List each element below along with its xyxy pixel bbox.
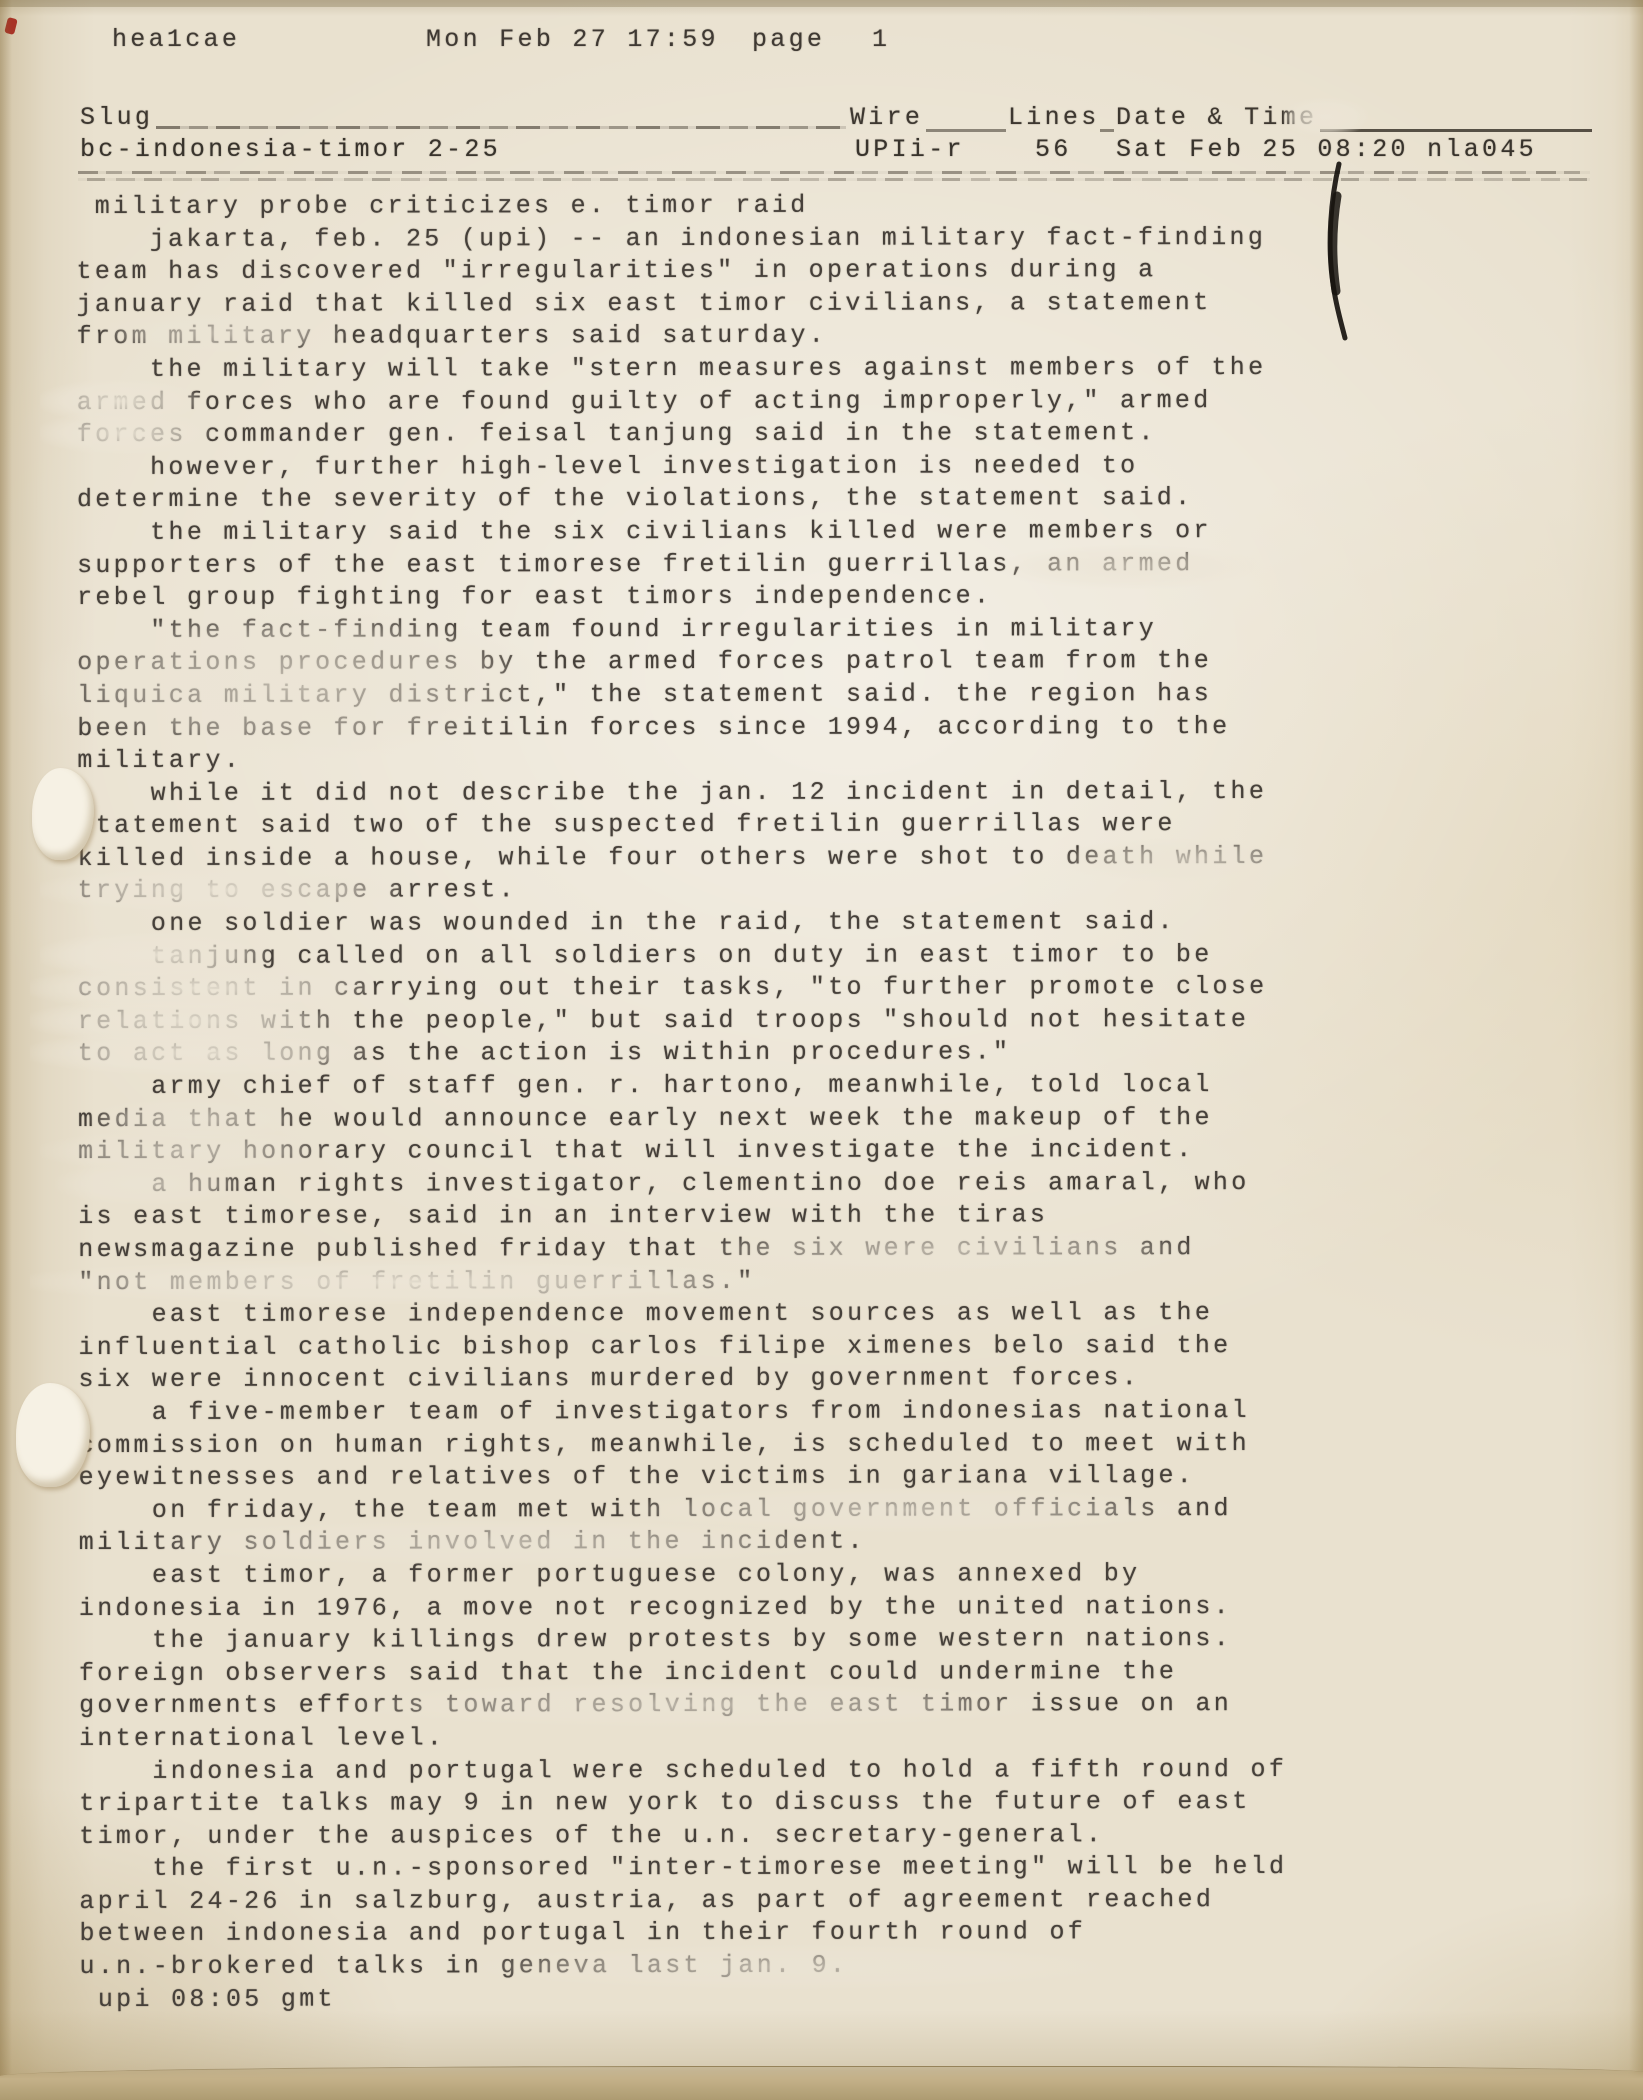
article-body: military probe criticizes e. timor raid … — [76, 189, 1287, 2016]
datetime-label: Date & Time — [1116, 102, 1317, 135]
printout-id: hea1cae — [112, 24, 240, 57]
lines-value: 56 — [1035, 134, 1072, 167]
print-datetime: Mon Feb 27 17:59 — [426, 24, 719, 57]
handwritten-ink-mark — [1303, 156, 1375, 346]
scan-edge-left — [0, 0, 12, 2100]
slug-value: bc-indonesia-timor 2-25 — [80, 134, 501, 167]
lines-label: Lines — [1008, 102, 1100, 135]
scan-edge-top — [0, 0, 1643, 7]
scanned-wire-printout: hea1cae Mon Feb 27 17:59 page 1 Slug Wir… — [0, 0, 1643, 2100]
wire-label: Wire — [850, 102, 923, 135]
wire-value: UPIi-r — [855, 134, 965, 167]
red-ink-speck — [4, 17, 18, 35]
slug-label: Slug — [80, 102, 153, 135]
wire-rule-line — [926, 129, 1006, 132]
datetime-rule-line — [1320, 129, 1592, 132]
page-label: page — [752, 24, 825, 57]
page-number: 1 — [872, 24, 890, 57]
scan-edge-right — [1629, 0, 1643, 2100]
lines-rule-line — [1100, 129, 1114, 132]
scan-edge-bottom — [0, 2066, 1643, 2100]
slug-rule-line — [156, 126, 846, 129]
